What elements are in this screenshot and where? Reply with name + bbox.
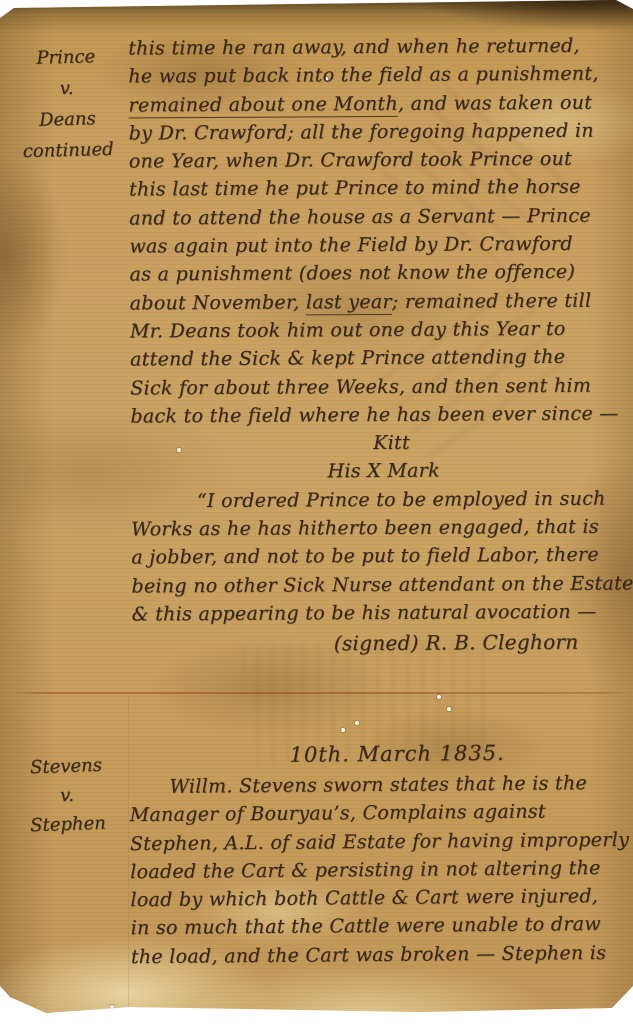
- text-line: Willm. Stevens sworn states that he is t…: [129, 769, 619, 802]
- margin-note-line: v.: [11, 72, 122, 106]
- text-line: in so much that the Cattle were unable t…: [131, 910, 621, 943]
- margin-note-line: Prince: [10, 41, 121, 75]
- text-line: this last time he put Prince to mind the…: [129, 173, 619, 204]
- text-line: Mr. Deans took him out one day this Year…: [130, 314, 620, 345]
- text-line: Works as he has hitherto been engaged, t…: [131, 513, 621, 544]
- margin-note-line: continued: [13, 134, 124, 168]
- text-line: about November, last year; remained ther…: [130, 286, 620, 317]
- attestation-mark: His X Mark: [139, 456, 629, 487]
- text-line: Sick for about three Weeks, and then sen…: [130, 371, 620, 402]
- text-line: back to the field where he has been ever…: [130, 399, 620, 430]
- text-line: he was put back into the field as a puni…: [128, 60, 618, 91]
- text-line: and to attend the house as a Servant — P…: [129, 201, 619, 232]
- text-line: remained about one Month, and was taken …: [128, 88, 618, 119]
- margin-note-line: v.: [12, 779, 123, 812]
- text-line: Stephen, A.L. of said Estate for having …: [130, 825, 620, 858]
- attestation-name: Kitt: [147, 428, 633, 459]
- text-line: by Dr. Crawford; all the foregoing happe…: [129, 116, 619, 147]
- section-prince-v-deans: this time he ran away, and when he retur…: [128, 32, 622, 661]
- margin-note-line: Stephen: [13, 808, 124, 841]
- margin-note-prince-v-deans: Prince v. Deans continued: [10, 41, 123, 168]
- fold-crease-line: [10, 692, 633, 694]
- scanned-manuscript-page: Prince v. Deans continued this time he r…: [0, 0, 633, 1024]
- text-line: a jobber, and not to be put to field Lab…: [131, 541, 621, 572]
- text-line: “I ordered Prince to be employed in such: [131, 484, 621, 515]
- text-line: was again put into the Field by Dr. Craw…: [129, 230, 619, 261]
- text-line: & this appearing to be his natural avoca…: [132, 597, 622, 628]
- margin-note-stevens-v-stephen: Stevens v. Stephen: [11, 750, 124, 841]
- text-line: load by which both Cattle & Cart were in…: [130, 882, 620, 915]
- date-heading: 10th. March 1835.: [129, 735, 619, 773]
- margin-note-line: Deans: [12, 103, 123, 137]
- pinhole: [437, 695, 441, 699]
- text-line: the load, and the Cart was broken — Step…: [131, 939, 621, 972]
- text-line: Manager of Bouryau’s, Complains against: [130, 797, 620, 830]
- margin-note-line: Stevens: [11, 750, 122, 783]
- pinhole: [341, 728, 345, 732]
- text-line: this time he ran away, and when he retur…: [128, 32, 618, 63]
- text-line: attend the Sick & kept Prince attending …: [130, 343, 620, 374]
- manuscript-paper: Prince v. Deans continued this time he r…: [0, 0, 633, 1024]
- pinhole: [355, 721, 359, 725]
- signature-line: (signed) R. B. Cleghorn: [132, 626, 622, 661]
- section-stevens-v-stephen: 10th. March 1835. Willm. Stevens sworn s…: [129, 735, 621, 971]
- text-line: being no other Sick Nurse attendant on t…: [131, 569, 621, 600]
- text-line: as a punishment (does not know the offen…: [129, 258, 619, 289]
- pinhole: [110, 1005, 114, 1009]
- text-line: one Year, when Dr. Crawford took Prince …: [129, 145, 619, 176]
- text-line: loaded the Cart & persisting in not alte…: [130, 854, 620, 887]
- pinhole: [447, 707, 451, 711]
